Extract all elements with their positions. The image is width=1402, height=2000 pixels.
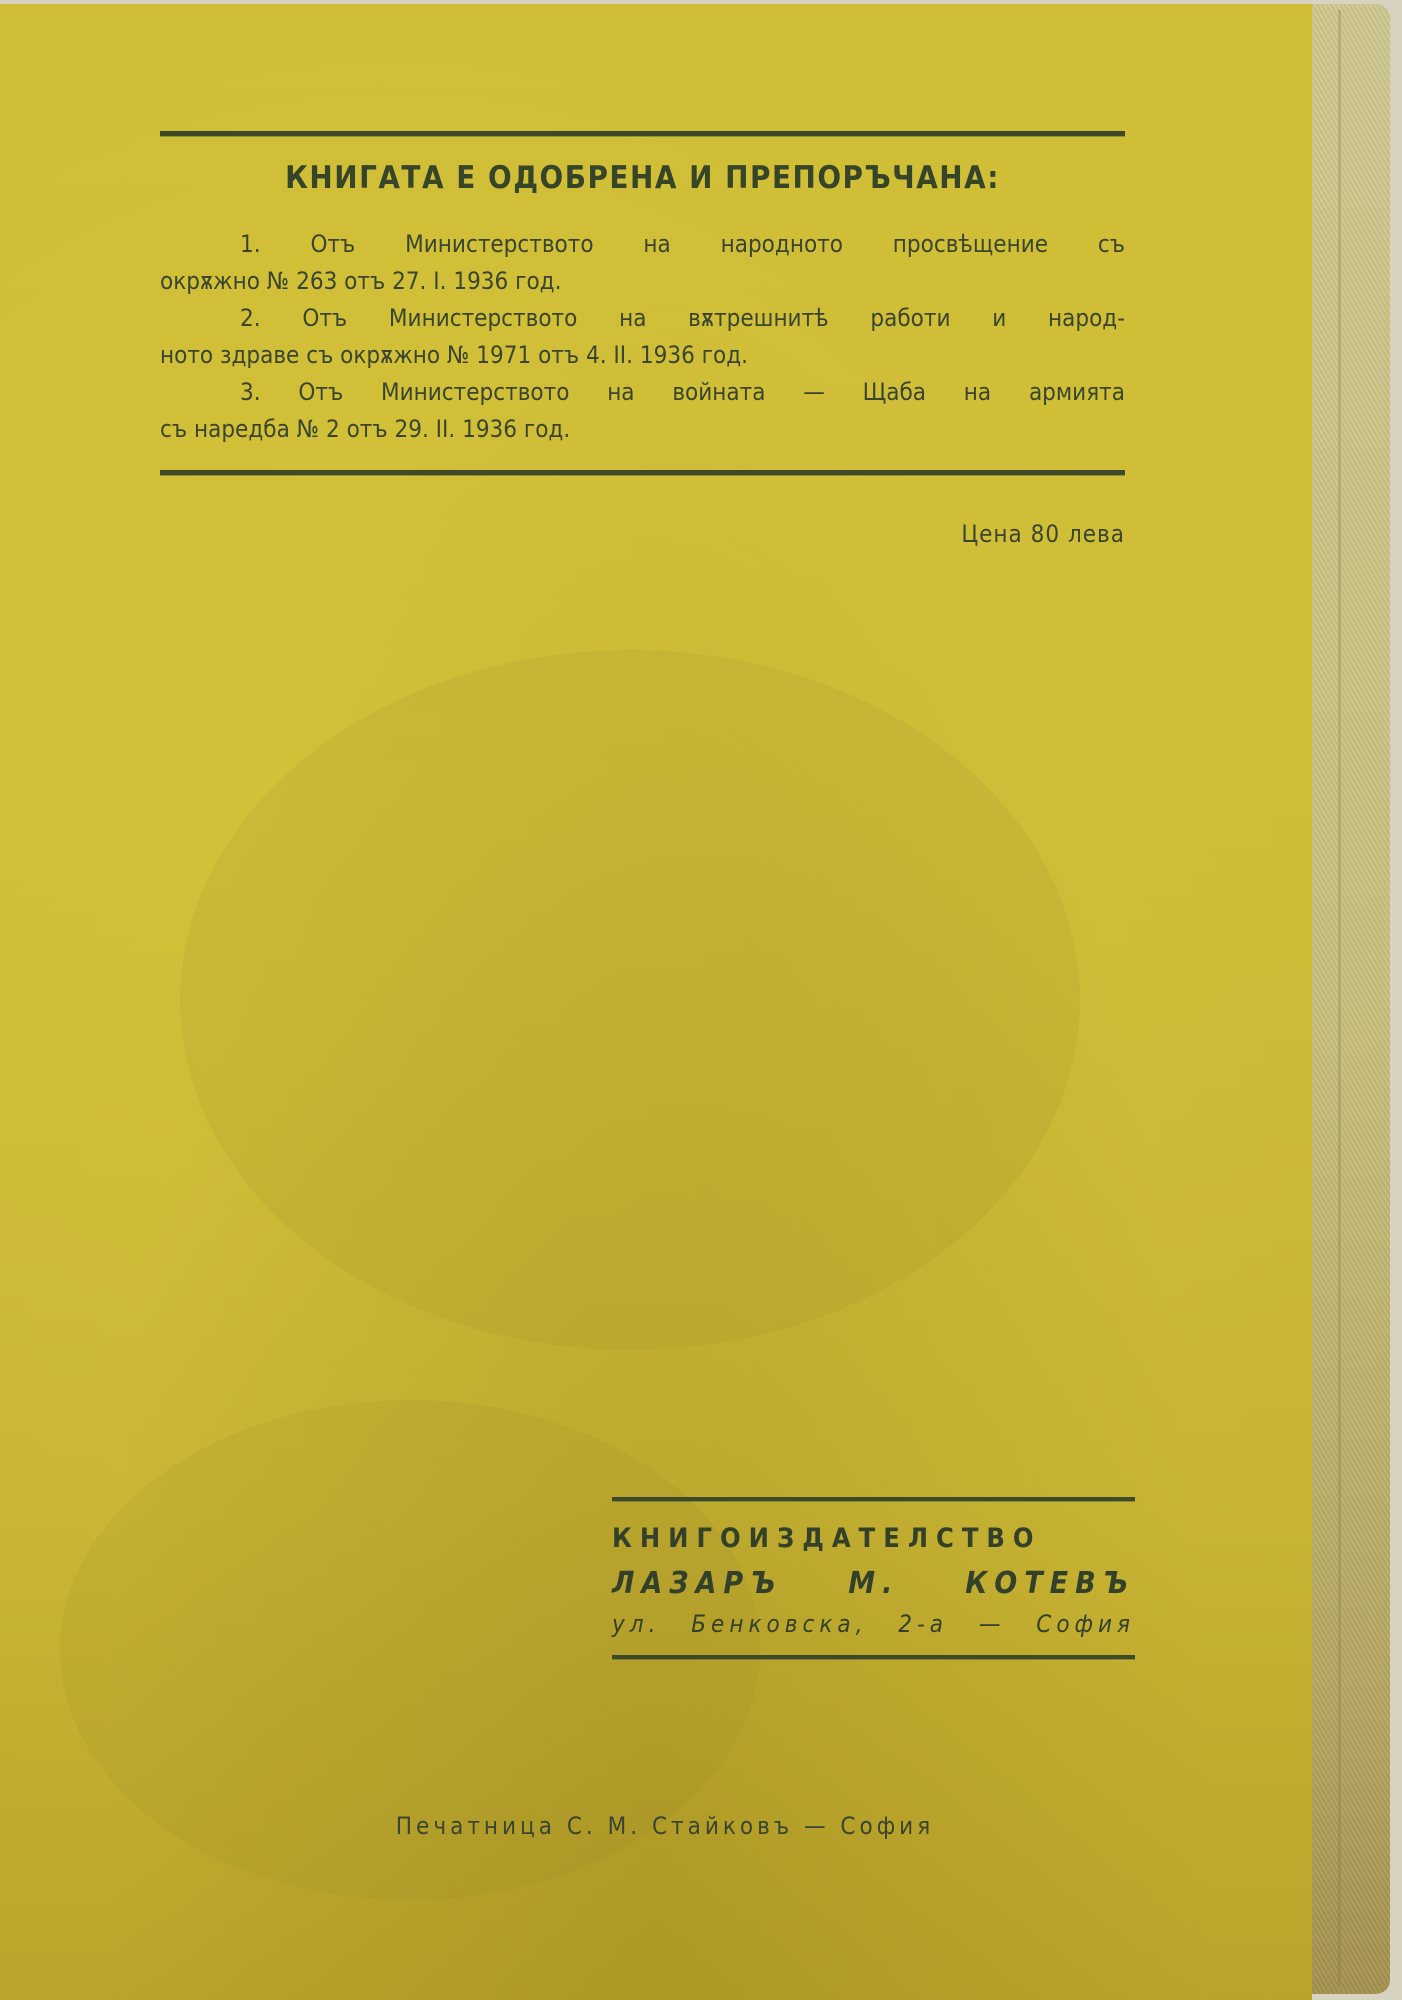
publisher-address: ул. Бенковска, 2-а — София (612, 1610, 1135, 1638)
approval-item-3-line-1: 3. Отъ Министерството на войната — Щаба … (160, 374, 1125, 411)
publisher-type: КНИГОИЗДАТЕЛСТВО (612, 1523, 1135, 1554)
approval-item-1-line-1: 1. Отъ Министерството на народното просв… (160, 226, 1125, 263)
approval-item-3-line-2: съ наредба № 2 отъ 29. II. 1936 год. (160, 411, 1125, 448)
publisher-bottom-rule (612, 1655, 1135, 1659)
approval-item-2-line-1: 2. Отъ Министерството на вѫтрешнитѣ рабо… (160, 300, 1125, 337)
approval-item-1-line-2: окрѫжно № 263 отъ 27. I. 1936 год. (160, 263, 1125, 300)
printer-credit: Печатница С. М. Стайковъ — София (320, 1812, 1010, 1840)
top-rule (160, 131, 1125, 136)
approval-bottom-rule (160, 470, 1125, 475)
book-spine (1312, 4, 1390, 1994)
publisher-top-rule (612, 1497, 1135, 1501)
approval-heading: КНИГАТА Е ОДОБРЕНА И ПРЕПОРЪЧАНА: (160, 160, 1125, 196)
spine-groove (1338, 10, 1341, 1985)
publisher-name: ЛАЗАРЪ М. КОТЕВЪ (612, 1566, 1135, 1601)
paper-stain (180, 650, 1080, 1350)
price-label: Цена 80 лева (800, 520, 1125, 548)
approval-item-2-line-2: ното здраве съ окрѫжно № 1971 отъ 4. II.… (160, 337, 1125, 374)
